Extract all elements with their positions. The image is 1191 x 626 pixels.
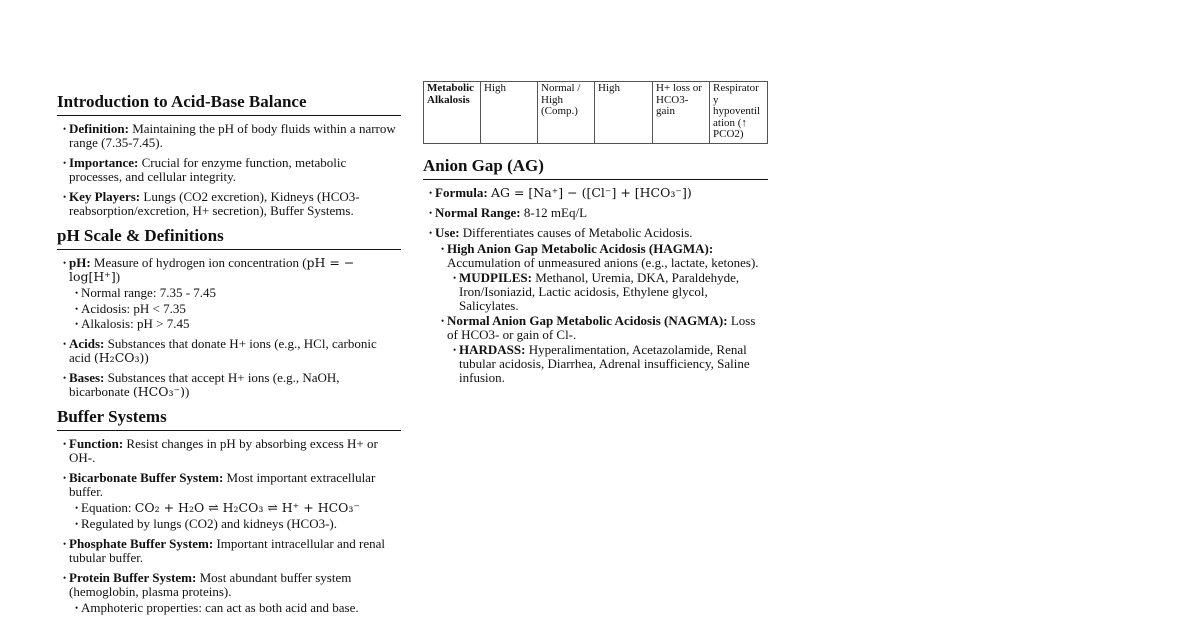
list-item: Equation: CO₂ + H₂O ⇌ H₂CO₃ ⇌ H⁺ + HCO₃⁻ — [81, 501, 401, 515]
section-anion-gap: Anion Gap (AG) Formula: AG = [Na⁺] − ([C… — [423, 156, 768, 386]
list-item: Regulated by lungs (CO2) and kidneys (HC… — [81, 517, 401, 531]
left-column: Introduction to Acid-Base Balance Defini… — [57, 92, 401, 623]
list-item: High Anion Gap Metabolic Acidosis (HAGMA… — [447, 242, 768, 313]
list-item: Amphoteric properties: can act as both a… — [81, 601, 401, 615]
list-item: Use: Differentiates causes of Metabolic … — [435, 226, 768, 386]
acid-base-table: Metabolic Alkalosis High Normal / High (… — [423, 81, 768, 144]
table-cell: Respiratory hypoventilation (↑ PCO2) — [710, 82, 768, 144]
list-item: MUDPILES: Methanol, Uremia, DKA, Paralde… — [459, 271, 768, 313]
bicarbonate-equation: CO₂ + H₂O ⇌ H₂CO₃ ⇌ H⁺ + HCO₃⁻ — [135, 500, 360, 515]
section-title-buffer: Buffer Systems — [57, 407, 401, 431]
list-item: HARDASS: Hyperalimentation, Acetazolamid… — [459, 343, 768, 385]
section-buffer: Buffer Systems Function: Resist changes … — [57, 407, 401, 615]
list-item: Normal Anion Gap Metabolic Acidosis (NAG… — [447, 314, 768, 385]
list-item: Importance: Crucial for enzyme function,… — [69, 156, 401, 184]
table-cell: High — [481, 82, 538, 144]
table-cell: Normal / High (Comp.) — [538, 82, 595, 144]
table-cell: Metabolic Alkalosis — [424, 82, 481, 144]
section-title-ph: pH Scale & Definitions — [57, 226, 401, 250]
anion-gap-formula: AG = [Na⁺] − ([Cl⁻] + [HCO₃⁻]) — [491, 185, 692, 200]
list-item: Acidosis: pH < 7.35 — [81, 302, 401, 316]
list-item: Definition: Maintaining the pH of body f… — [69, 122, 401, 150]
list-item: Bases: Substances that accept H+ ions (e… — [69, 371, 401, 399]
list-item: Key Players: Lungs (CO2 excretion), Kidn… — [69, 190, 401, 218]
table-row: Metabolic Alkalosis High Normal / High (… — [424, 82, 768, 144]
list-item: Alkalosis: pH > 7.45 — [81, 317, 401, 331]
section-ph: pH Scale & Definitions pH: Measure of hy… — [57, 226, 401, 399]
right-column: Metabolic Alkalosis High Normal / High (… — [423, 81, 768, 393]
list-item: Bicarbonate Buffer System: Most importan… — [69, 471, 401, 531]
list-item: Protein Buffer System: Most abundant buf… — [69, 571, 401, 615]
section-title-intro: Introduction to Acid-Base Balance — [57, 92, 401, 116]
table-cell: High — [595, 82, 653, 144]
list-item: Normal Range: 8-12 mEq/L — [435, 206, 768, 220]
section-title-anion-gap: Anion Gap (AG) — [423, 156, 768, 180]
list-item: Phosphate Buffer System: Important intra… — [69, 537, 401, 565]
list-item: Function: Resist changes in pH by absorb… — [69, 437, 401, 465]
list-item: Normal range: 7.35 - 7.45 — [81, 286, 401, 300]
list-item: Formula: AG = [Na⁺] − ([Cl⁻] + [HCO₃⁻]) — [435, 186, 768, 200]
list-item: Acids: Substances that donate H+ ions (e… — [69, 337, 401, 365]
list-item: pH: Measure of hydrogen ion concentratio… — [69, 256, 401, 331]
section-intro: Introduction to Acid-Base Balance Defini… — [57, 92, 401, 218]
table-cell: H+ loss or HCO3- gain — [653, 82, 710, 144]
